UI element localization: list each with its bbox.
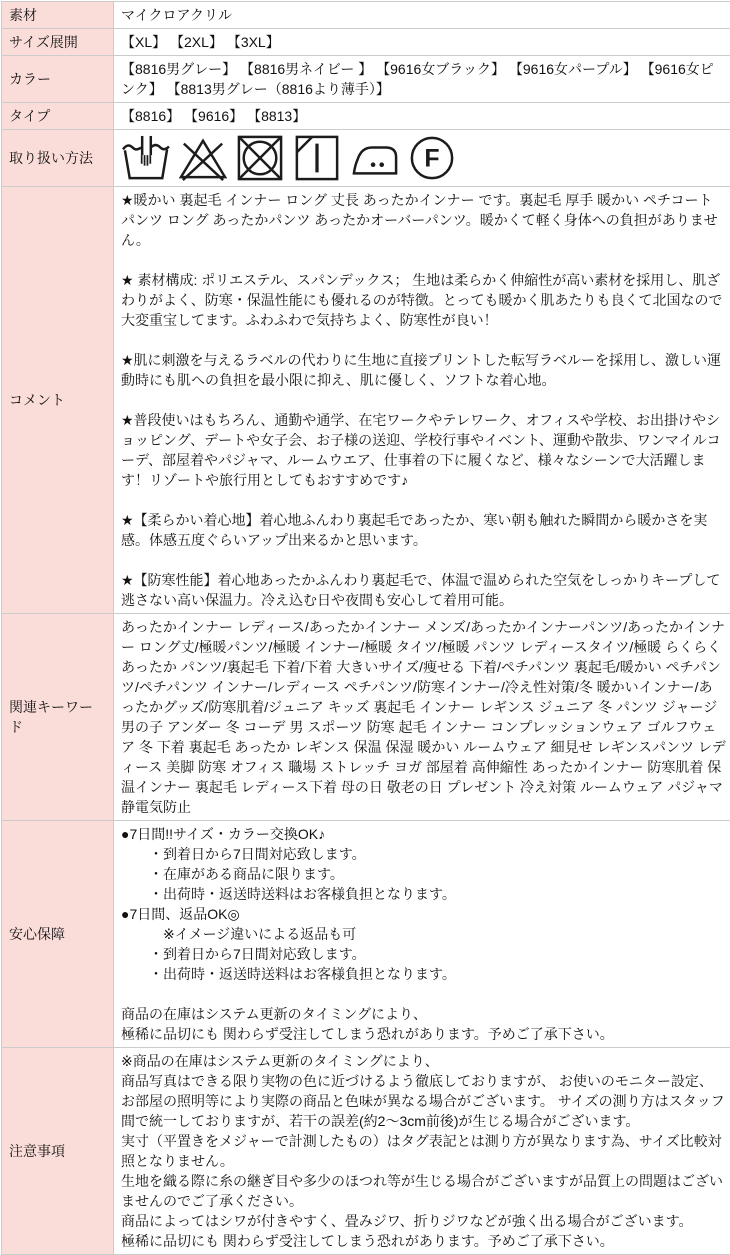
type-value: 【8816】 【9616】 【8813】 [114, 103, 730, 130]
guarantee-line: ・出荷時・返送時送料はお客様負担となります。 [121, 964, 726, 984]
table-row-material: 素材 マイクロアクリル [2, 2, 730, 29]
related-keywords-text: あったかインナー レディース/あったかインナー メンズ/あったかインナーパンツ/… [121, 617, 726, 817]
do-not-bleach-icon [178, 135, 228, 181]
notes-line: 生地を織る際に糸の継ぎ目や多少のほつれ等が生じる場合がございますが品質上の問題は… [121, 1171, 726, 1211]
row-label-notes: 注意事項 [2, 1048, 114, 1255]
guarantee-line: ※イメージ違いによる返品も可 [121, 924, 726, 944]
guarantee-line: ●7日間!!サイズ・カラー交換OK♪ [121, 824, 726, 844]
hand-wash-icon [121, 135, 171, 181]
row-label-care: 取り扱い方法 [2, 130, 114, 187]
comment-paragraph: ★【防寒性能】着心地あったかふんわり裏起毛で、体温で温められた空気をしっかりキー… [121, 570, 726, 610]
svg-text:F: F [424, 145, 439, 173]
row-label-sizes: サイズ展開 [2, 29, 114, 56]
guarantee-line: ・到着日から7日間対応致します。 [121, 844, 726, 864]
table-row-type: タイプ 【8816】 【9616】 【8813】 [2, 103, 730, 130]
table-row-notes: 注意事項 ※商品の在庫はシステム更新のタイミングにより、 商品写真はできる限り実… [2, 1048, 730, 1255]
guarantee-line: 商品の在庫はシステム更新のタイミングにより、 [121, 1004, 726, 1024]
comment-paragraph: ★暖かい 裏起毛 インナー ロング 丈長 あったかインナー です。裏起毛 厚手 … [121, 190, 726, 250]
sizes-value: 【XL】 【2XL】 【3XL】 [114, 29, 730, 56]
row-label-material: 素材 [2, 2, 114, 29]
dry-clean-F-icon: F [408, 135, 456, 181]
material-value: マイクロアクリル [114, 2, 730, 29]
notes-line: 極稀に品切にも 関わらず受注してしまう恐れがあります。予めご了承下さい。 [121, 1231, 726, 1251]
shade-hang-dry-icon [292, 135, 342, 181]
row-label-guarantee: 安心保障 [2, 821, 114, 1048]
colors-value: 【8816男グレー】 【8816男ネイビー 】 【9616女ブラック】 【961… [114, 56, 730, 103]
row-label-colors: カラー [2, 56, 114, 103]
guarantee-line: 極稀に品切にも 関わらず受注してしまう恐れがあります。予めご了承下さい。 [121, 1024, 726, 1044]
notes-line: ※商品の在庫はシステム更新のタイミングにより、 [121, 1051, 726, 1071]
table-row-guarantee: 安心保障 ●7日間!!サイズ・カラー交換OK♪ ・到着日から7日間対応致します。… [2, 821, 730, 1048]
guarantee-line: ・到着日から7日間対応致します。 [121, 944, 726, 964]
table-row-care: 取り扱い方法 [2, 130, 730, 187]
care-icon-strip: F [121, 133, 726, 183]
guarantee-line: ・在庫がある商品に限ります。 [121, 864, 726, 884]
row-label-comment: コメント [2, 187, 114, 614]
comment-paragraph: ★普段使いはもちろん、通勤や通学、在宅ワークやテレワーク、オフィスや学校、お出掛… [121, 410, 726, 490]
notes-line: 商品によってはシワが付きやすく、畳みジワ、折りジワなどが強く出る場合がございます… [121, 1211, 726, 1231]
guarantee-blank-line [121, 984, 726, 1004]
table-row-colors: カラー 【8816男グレー】 【8816男ネイビー 】 【9616女ブラック】 … [2, 56, 730, 103]
table-row-keywords: 関連キーワード あったかインナー レディース/あったかインナー メンズ/あったか… [2, 614, 730, 821]
comment-paragraph: ★【柔らかい着心地】着心地ふんわり裏起毛であったか、寒い朝も触れた瞬間から暖かさ… [121, 510, 726, 550]
row-label-keywords: 関連キーワード [2, 614, 114, 821]
comment-paragraph: ★ 素材構成: ポリエステル、スパンデックス； 生地は柔らかく伸縮性が高い素材を… [121, 270, 726, 330]
table-row-comment: コメント ★暖かい 裏起毛 インナー ロング 丈長 あったかインナー です。裏起… [2, 187, 730, 614]
guarantee-line: ●7日間、返品OK◎ [121, 904, 726, 924]
product-spec-table: 素材 マイクロアクリル サイズ展開 【XL】 【2XL】 【3XL】 カラー 【… [1, 1, 730, 1255]
iron-medium-two-dots-icon [349, 135, 401, 181]
do-not-tumble-dry-icon [235, 135, 285, 181]
guarantee-line: ・出荷時・返送時送料はお客様負担となります。 [121, 884, 726, 904]
notes-line: 商品写真はできる限り実物の色に近づけるよう徹底しておりますが、 お使いのモニター… [121, 1071, 726, 1131]
notes-line: 実寸（平置きをメジャーで計測したもの）はタグ表記とは測り方が異なります為、サイズ… [121, 1131, 726, 1171]
table-row-sizes: サイズ展開 【XL】 【2XL】 【3XL】 [2, 29, 730, 56]
comment-paragraph: ★肌に刺激を与えるラベルの代わりに生地に直接プリントした転写ラベルーを採用し、激… [121, 350, 726, 390]
row-label-type: タイプ [2, 103, 114, 130]
